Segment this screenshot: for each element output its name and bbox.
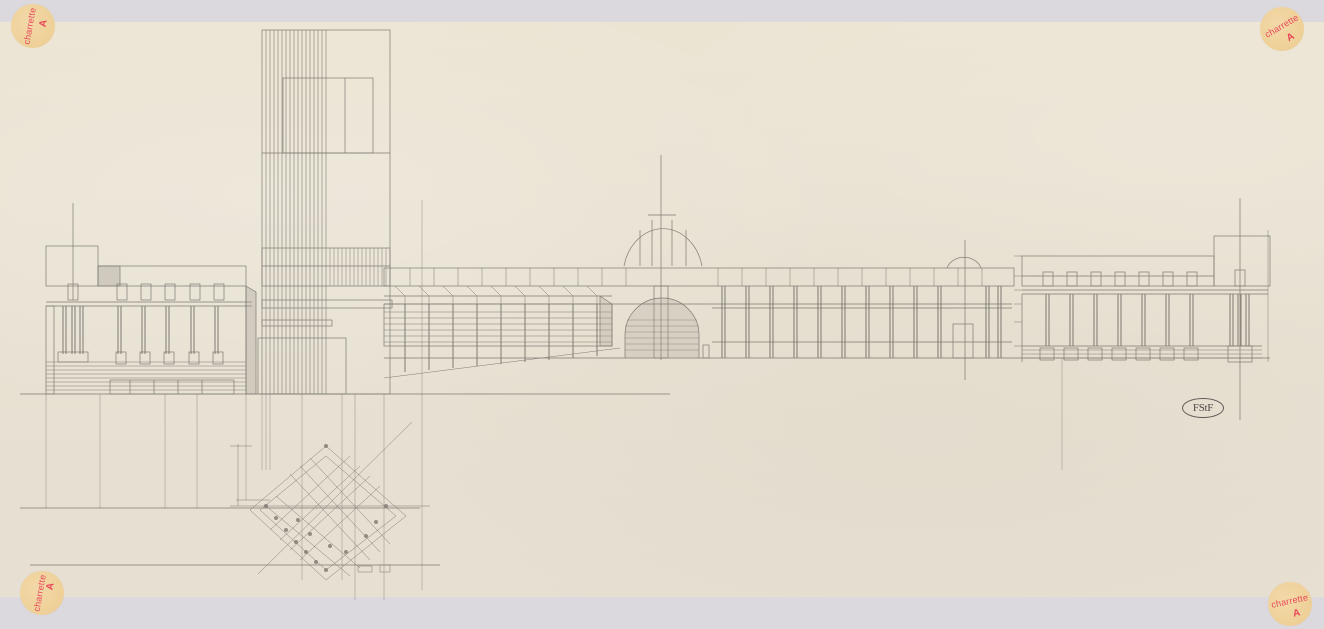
tape-logo-icon: A xyxy=(44,582,56,591)
central-dome xyxy=(624,155,709,360)
tower xyxy=(258,30,392,394)
right-wing xyxy=(1022,198,1270,420)
tape-label: charrette xyxy=(32,574,48,612)
tape-logo-icon: A xyxy=(37,19,49,28)
left-wing xyxy=(46,203,256,394)
fstf-stamp: FStF xyxy=(1182,398,1224,418)
charrette-tape-top-right: charrette A xyxy=(1260,7,1304,51)
central-left-colonnade xyxy=(384,286,612,372)
tape-label: charrette xyxy=(1263,12,1300,39)
charrette-tape-bottom-right: charrette A xyxy=(1268,582,1312,626)
tape-label: charrette xyxy=(22,7,38,45)
charrette-tape-bottom-left: charrette A xyxy=(20,571,64,615)
architectural-elevation-drawing xyxy=(0,0,1324,629)
tape-logo-icon: A xyxy=(1292,607,1301,619)
tape-label: charrette xyxy=(1271,592,1310,610)
diagonal-plan xyxy=(230,422,430,580)
tape-logo-icon: A xyxy=(1285,31,1297,44)
charrette-tape-top-left: charrette A xyxy=(11,4,55,48)
